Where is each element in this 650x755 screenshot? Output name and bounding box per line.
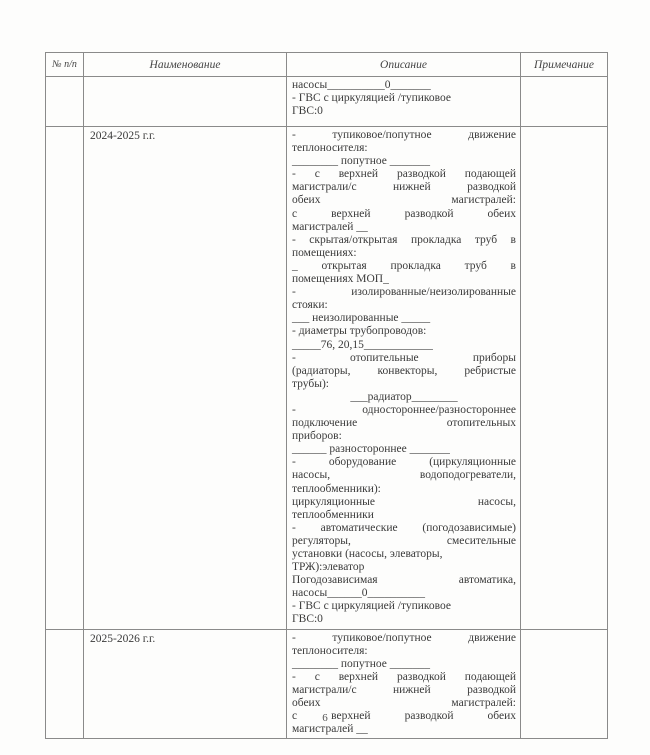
header-description: Описание <box>287 53 521 77</box>
description-line: ___ неизолированные _____ <box>292 312 516 325</box>
description-line: - отопительные приборы <box>292 352 516 365</box>
row-number <box>46 127 84 630</box>
description-line: - диаметры трубопроводов: <box>292 325 516 338</box>
description-line: ___радиатор________ <box>292 391 516 404</box>
description-line: обеих магистралей: <box>292 697 516 710</box>
description-line: ________ попутное _______ <box>292 658 516 671</box>
description-line: обеих магистралей: <box>292 194 516 207</box>
description-line: магистралей __ <box>292 221 516 234</box>
description-line: стояки: <box>292 299 516 312</box>
row-description: насосы__________0_______- ГВС с циркуляц… <box>287 77 521 127</box>
description-line: - ГВС с циркуляцией /тупиковое <box>292 600 516 613</box>
row-name <box>84 77 287 127</box>
description-line: насосы, водоподогреватели, <box>292 469 516 482</box>
header-number: № п/п <box>46 53 84 77</box>
description-line: теплообменники <box>292 509 516 522</box>
description-line: - с верхней разводкой подающей <box>292 671 516 684</box>
description-line: - тупиковое/попутное движение <box>292 129 516 142</box>
table-row: насосы__________0_______- ГВС с циркуляц… <box>46 77 608 127</box>
description-line: ТРЖ):элеватор <box>292 561 516 574</box>
description-line: ______ разностороннее _______ <box>292 443 516 456</box>
description-line: регуляторы, смесительные <box>292 535 516 548</box>
description-line: с верхней разводкой обеих <box>292 208 516 221</box>
description-line: Погодозависимая автоматика, <box>292 574 516 587</box>
description-line: - с верхней разводкой подающей <box>292 168 516 181</box>
description-line: - автоматические (погодозависимые) <box>292 522 516 535</box>
row-number <box>46 77 84 127</box>
row-note <box>521 127 608 630</box>
row-description: - тупиковое/попутное движениетеплоносите… <box>287 127 521 630</box>
description-line: теплообменники): <box>292 483 516 496</box>
description-line: - ГВС с циркуляцией /тупиковое <box>292 92 516 105</box>
page-number: 6 <box>0 712 650 724</box>
description-line: - скрытая/открытая прокладка труб в <box>292 234 516 247</box>
description-line: циркуляционные насосы, <box>292 496 516 509</box>
description-line: ГВС:0 <box>292 105 516 118</box>
description-line: - одностороннее/разностороннее <box>292 404 516 417</box>
heating-system-table: № п/п Наименование Описание Примечание н… <box>45 52 608 739</box>
description-line: установки (насосы, элеваторы, <box>292 548 516 561</box>
description-line: насосы______0__________ <box>292 587 516 600</box>
description-line: подключение отопительных <box>292 417 516 430</box>
table-row: 2024-2025 г.г. - тупиковое/попутное движ… <box>46 127 608 630</box>
description-line: - изолированные/неизолированные <box>292 286 516 299</box>
description-line: ________ попутное _______ <box>292 155 516 168</box>
description-line: магистралей __ <box>292 723 516 736</box>
description-line: - оборудование (циркуляционные <box>292 456 516 469</box>
header-name: Наименование <box>84 53 287 77</box>
description-line: (радиаторы, конвекторы, ребристые <box>292 365 516 378</box>
row-note <box>521 77 608 127</box>
description-line: - тупиковое/попутное движение <box>292 632 516 645</box>
description-line: теплоносителя: <box>292 142 516 155</box>
description-line: магистрали/с нижней разводкой <box>292 684 516 697</box>
description-line: приборов: <box>292 430 516 443</box>
description-line: _ открытая прокладка труб в <box>292 260 516 273</box>
description-line: ГВС:0 <box>292 613 516 626</box>
description-line: теплоносителя: <box>292 645 516 658</box>
description-line: помещениях: <box>292 247 516 260</box>
row-name: 2024-2025 г.г. <box>84 127 287 630</box>
description-line: насосы__________0_______ <box>292 79 516 92</box>
description-line: магистрали/с нижней разводкой <box>292 181 516 194</box>
description-line: помещениях МОП_ <box>292 273 516 286</box>
description-line: _____76, 20,15____________ <box>292 339 516 352</box>
header-note: Примечание <box>521 53 608 77</box>
table-header-row: № п/п Наименование Описание Примечание <box>46 53 608 77</box>
description-line: трубы): <box>292 378 516 391</box>
